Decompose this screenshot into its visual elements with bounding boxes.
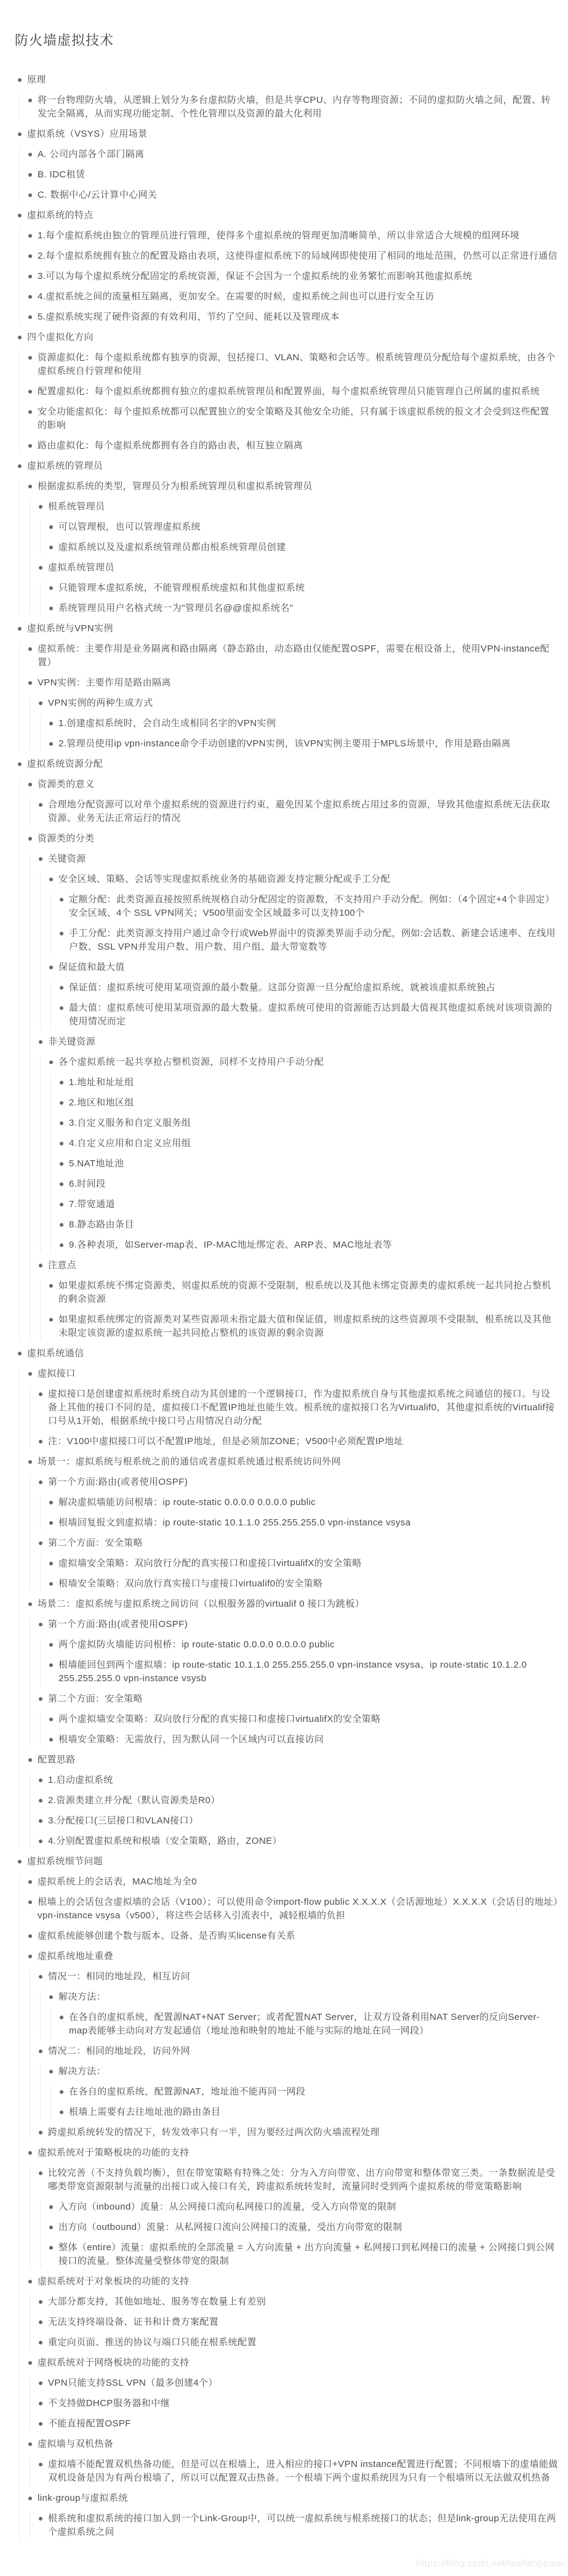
outline-item: 资源虚拟化：每个虚拟系统都有独享的资源，包括接口、VLAN、策略和会话等。根系统… <box>28 351 558 378</box>
outline-row: 解决方法： <box>49 1990 558 2004</box>
outline-item: 虚拟系统管理员只能管理本虚拟系统，不能管理根系统虚拟和其他虚拟系统系统管理员用户… <box>39 561 558 615</box>
outline-row: 8.静态路由条目 <box>60 1218 558 1232</box>
outline-row: 可以管理根，也可以管理虚拟系统 <box>49 520 558 534</box>
outline-item: 根墙上需要有去往地址池的路由条目 <box>60 2106 558 2119</box>
bullet-icon <box>49 2205 53 2209</box>
outline-text: 配置思路 <box>38 1753 558 1767</box>
outline-item: 将一台物理防火墙，从逻辑上划分为多台虚拟防火墙，但是共享CPU、内存等物理资源；… <box>28 94 558 121</box>
outline-row: VPN实例：主要作用是路由隔离 <box>28 676 558 690</box>
outline-row: 保证值和最大值 <box>49 961 558 974</box>
outline-item: 不能直接配置OSPF <box>39 2417 558 2431</box>
bullet-icon <box>28 681 32 685</box>
outline-item: 系统管理员用户名格式统一为"管理员名@@虚拟系统名" <box>49 602 558 615</box>
outline-text: 大部分都支持，其他如地址、服务等在数量上有差别 <box>48 2295 558 2309</box>
outline-row: 虚拟墙不能配置双机热备功能，但是可以在根墙上，进入相应的接口+VPN insta… <box>39 2458 558 2485</box>
bullet-icon <box>28 1460 32 1464</box>
outline-text: 3.自定义服务和自定义服务组 <box>69 1116 558 1130</box>
outline-text: link-group与虚拟系统 <box>38 2492 558 2505</box>
outline-row: 定额分配：此类资源直接按照系统规格自动分配固定的资源数，不支持用户手动分配。例如… <box>60 893 558 920</box>
outline-row: VPN实例的两种生成方式 <box>39 696 558 710</box>
outline-text: 根系统和虚拟系统的接口加入到一个Link-Group中，可以统一虚拟系统与根系统… <box>48 2512 558 2539</box>
outline-text: 6.时间段 <box>69 1177 558 1191</box>
outline-text: 注意点 <box>48 1259 558 1272</box>
outline-row: 虚拟系统与VPN实例 <box>18 622 558 636</box>
outline-row: 只能管理本虚拟系统，不能管理根系统虚拟和其他虚拟系统 <box>49 581 558 595</box>
outline-row: 不支持做DHCP服务器和中继 <box>39 2397 558 2410</box>
outline-item: 两个虚拟防火墙能访问根桥：ip route-static 0.0.0.0 0.0… <box>49 1638 558 1652</box>
outline-row: 虚拟系统细节问题 <box>18 1855 558 1868</box>
outline-item: 虚拟系统资源分配资源类的意义合理地分配资源可以对单个虚拟系统的资源进行约束，避免… <box>18 757 558 1340</box>
bullet-icon <box>28 2280 32 2283</box>
bullet-icon <box>39 2422 42 2426</box>
outline-row: 非关键资源 <box>39 1035 558 1049</box>
bullet-icon <box>49 1738 53 1742</box>
outline-row: 跨虚拟系统转发的情况下，转发效率只有一半，因为要经过两次防火墙流程处理 <box>39 2126 558 2139</box>
outline-row: 根系统和虚拟系统的接口加入到一个Link-Group中，可以统一虚拟系统与根系统… <box>39 2512 558 2539</box>
bullet-icon <box>60 898 63 902</box>
outline-text: 定额分配：此类资源直接按照系统规格自动分配固定的资源数，不支持用户手动分配。例如… <box>69 893 558 920</box>
outline-row: 保证值：虚拟系统可使用某项资源的最小数量。这部分资源一旦分配给虚拟系统，就被该虚… <box>60 981 558 995</box>
bullet-icon <box>49 1060 53 1064</box>
outline-item: 两个虚拟墙安全策略：双向放行分配的真实接口和虚接口virtualifX的安全策略 <box>49 1713 558 1726</box>
bullet-icon <box>18 336 22 339</box>
outline-row: 虚拟系统地址重叠 <box>28 1950 558 1963</box>
outline-item: 路由虚拟化：每个虚拟系统都拥有各自的路由表，相互独立隔离 <box>28 439 558 453</box>
outline-item: 在各自的虚拟系统，配置源NAT，地址池不能再同一网段 <box>60 2085 558 2099</box>
bullet-icon <box>39 2341 42 2344</box>
bullet-icon <box>60 1162 63 1166</box>
outline-item: 虚拟接口虚拟接口是创建虚拟系统时系统自动为其创建的一个逻辑接口，作为虚拟系统自身… <box>28 1367 558 1448</box>
outline-row: 出方向（outbound）流量：从私网接口流向公网接口的流量，受出方向带宽的限制 <box>49 2221 558 2234</box>
outline-children-group: 第一个方面:路由(或者使用OSPF)两个虚拟防火墙能访问根桥：ip route-… <box>30 1618 558 1746</box>
outline-row: 两个虚拟墙安全策略：双向放行分配的真实接口和虚接口virtualifX的安全策略 <box>49 1713 558 1726</box>
bullet-icon <box>39 1819 42 1823</box>
outline-text: 资源类的分类 <box>38 832 558 846</box>
outline-row: 手工分配：此类资源支持用户通过命令行或Web界面中的资源类界面手动分配，例如:会… <box>60 927 558 954</box>
outline-text: 虚拟系统对于对象板块的功能的支持 <box>38 2275 558 2288</box>
outline-children-group: 定额分配：此类资源直接按照系统规格自动分配固定的资源数，不支持用户手动分配。例如… <box>50 893 558 954</box>
outline-row: 在各自的虚拟系统，配置源NAT，地址池不能再同一网段 <box>60 2085 558 2099</box>
outline-children-group: 大部分都支持，其他如地址、服务等在数量上有差别无法支持终端设备、证书和计费方案配… <box>30 2295 558 2349</box>
outline-item: 根墙安全策略：无需放行，因为默认同一个区域内可以直接访问 <box>49 1733 558 1746</box>
outline-item: 根墙能回包到两个虚拟墙：ip route-static 10.1.1.0 255… <box>49 1658 558 1686</box>
outline-item: 不支持做DHCP服务器和中继 <box>39 2397 558 2410</box>
bullet-icon <box>18 78 22 82</box>
outline-item: 虚拟系统以及及虚拟系统管理员都由根系统管理员创建 <box>49 541 558 554</box>
outline-row: 虚拟系统管理员 <box>39 561 558 575</box>
outline-text: 两个虚拟防火墙能访问根桥：ip route-static 0.0.0.0 0.0… <box>58 1638 558 1652</box>
bullet-icon <box>28 254 32 258</box>
outline-text: C. 数据中心/云计算中心网关 <box>38 188 558 202</box>
outline-text: 重定向页面、推送的协议与端口只能在根系统配置 <box>48 2336 558 2349</box>
outline-text: 解决方法： <box>58 2065 558 2078</box>
bullet-icon <box>60 2090 63 2094</box>
outline-text: 虚拟系统的特点 <box>27 209 558 222</box>
outline-text: 根墙回复报文到虚拟墙：ip route-static 10.1.1.0 255.… <box>58 1516 558 1530</box>
bullet-icon <box>60 2016 63 2019</box>
bullet-icon <box>39 857 42 861</box>
outline-children-group: 比较完善（不支持负载均衡），但在带宽策略有特殊之处：分为入方向带宽、出方向带宽和… <box>30 2166 558 2268</box>
outline-item: 虚拟系统的特点1.每个虚拟系统由独立的管理员进行管理，使得多个虚拟系统的管理更加… <box>18 209 558 324</box>
outline-item: 虚拟系统细节问题虚拟系统上的会话表，MAC地址为全0根墙上的会话包含虚拟墙的会话… <box>18 1855 558 2539</box>
outline-text: 资源虚拟化：每个虚拟系统都有独享的资源，包括接口、VLAN、策略和会话等。根系统… <box>38 351 558 378</box>
outline-row: 2.地区和地区组 <box>60 1096 558 1110</box>
bullet-icon <box>60 1243 63 1247</box>
outline-text: 两个虚拟墙安全策略：双向放行分配的真实接口和虚接口virtualifX的安全策略 <box>58 1713 558 1726</box>
outline-row: 整体（entire）流量：虚拟系统的全部流量 = 入方向流量 + 出方向流量 +… <box>49 2241 558 2268</box>
outline-item: 虚拟系统上的会话表，MAC地址为全0 <box>28 1875 558 1889</box>
bullet-icon <box>28 485 32 488</box>
bullet-icon <box>28 2361 32 2365</box>
outline-item: 如果虚拟系统不绑定资源类，则虚拟系统的资源不受限制，根系统以及其他未绑定资源类的… <box>49 1279 558 1306</box>
outline-row: 3.自定义服务和自定义服务组 <box>60 1116 558 1130</box>
bullet-icon <box>49 1643 53 1647</box>
bullet-icon <box>39 1799 42 1803</box>
bullet-icon <box>39 803 42 807</box>
outline-item: 注意点如果虚拟系统不绑定资源类，则虚拟系统的资源不受限制，根系统以及其他未绑定资… <box>39 1259 558 1340</box>
bullet-icon <box>28 99 32 102</box>
outline-item: 第一个方面:路由(或者使用OSPF)解决虚拟墙能访问根墙：ip route-st… <box>39 1476 558 1530</box>
outline-row: 2.每个虚拟系统拥有独立的配置及路由表项，这使得虚拟系统下的局域网即使使用了相同… <box>28 249 558 263</box>
outline-text: 路由虚拟化：每个虚拟系统都拥有各自的路由表，相互独立隔离 <box>38 439 558 453</box>
outline-row: 资源虚拟化：每个虚拟系统都有独享的资源，包括接口、VLAN、策略和会话等。根系统… <box>28 351 558 378</box>
outline-row: 大部分都支持，其他如地址、服务等在数量上有差别 <box>39 2295 558 2309</box>
outline-children-group: 如果虚拟系统不绑定资源类，则虚拟系统的资源不受限制，根系统以及其他未绑定资源类的… <box>40 1279 558 1340</box>
outline-row: 配置思路 <box>28 1753 558 1767</box>
outline-row: B. IDC租赁 <box>28 168 558 182</box>
outline-item: 8.静态路由条目 <box>60 1218 558 1232</box>
outline-row: 虚拟系统：主要作用是业务隔离和路由隔离（静态路由，动态路由仅能配置OSPF，需要… <box>28 642 558 669</box>
outline-children-group: 入方向（inbound）流量：从公网接口流向私网接口的流量，受入方向带宽的限制出… <box>40 2200 558 2268</box>
outline-row: 情况一：相同的地址段，相互访问 <box>39 1970 558 1984</box>
outline-row: 虚拟系统能够创建个数与版本、设备、是否购买license有关系 <box>28 1929 558 1943</box>
bullet-icon <box>60 1203 63 1206</box>
outline-children-group: 1.启动虚拟系统2.资源类建立并分配（默认资源类是R0）3.分配接口(三层接口和… <box>30 1774 558 1848</box>
outline-text: 2.每个虚拟系统拥有独立的配置及路由表项，这使得虚拟系统下的局域网即使使用了相同… <box>38 249 558 263</box>
bullet-icon <box>49 1582 53 1586</box>
outline-row: 场景二：虚拟系统与虚拟系统之间访问（以根服务器的virtualif 0 接口为跳… <box>28 1597 558 1611</box>
outline-row: 四个虚拟化方向 <box>18 331 558 344</box>
bullet-icon <box>60 1223 63 1227</box>
outline-row: 两个虚拟防火墙能访问根桥：ip route-static 0.0.0.0 0.0… <box>49 1638 558 1652</box>
outline-item: 1.创建虚拟系统时，会自动生成相同名字的VPN实例 <box>49 717 558 730</box>
bullet-icon <box>39 1975 42 1979</box>
outline-text: 虚拟系统对于网络板块的功能的支持 <box>38 2356 558 2370</box>
outline-text: VPN实例：主要作用是路由隔离 <box>38 676 558 690</box>
outline-row: 比较完善（不支持负载均衡），但在带宽策略有特殊之处：分为入方向带宽、出方向带宽和… <box>39 2166 558 2194</box>
outline-item: 安全区域、策略、会话等实现虚拟系统业务的基础资源支持定额分配或手工分配定额分配：… <box>49 873 558 954</box>
outline-row: 各个虚拟系统一起共享抢占整机资源，同样不支持用户手动分配 <box>49 1056 558 1069</box>
outline-children-group: 保证值：虚拟系统可使用某项资源的最小数量。这部分资源一旦分配给虚拟系统，就被该虚… <box>50 981 558 1028</box>
outline-row: 场景一：虚拟系统与根系统之前的通信或者虚拟系统通过根系统访问外网 <box>28 1455 558 1469</box>
outline-item: 重定向页面、推送的协议与端口只能在根系统配置 <box>39 2336 558 2349</box>
bullet-icon <box>28 234 32 238</box>
outline-text: 将一台物理防火墙，从逻辑上划分为多台虚拟防火墙，但是共享CPU、内存等物理资源；… <box>38 94 558 121</box>
outline-item: 虚拟接口是创建虚拟系统时系统自动为其创建的一个逻辑接口，作为虚拟系统自身与其他虚… <box>39 1387 558 1428</box>
outline-text: 1.创建虚拟系统时，会自动生成相同名字的VPN实例 <box>58 717 558 730</box>
bullet-icon <box>60 1182 63 1186</box>
outline-item: 配置虚拟化：每个虚拟系统都拥有独立的虚拟系统管理员和配置界面，每个虚拟系统管理员… <box>28 385 558 398</box>
outline-text: 3.可以为每个虚拟系统分配固定的系统资源，保证不会因为一个虚拟系统的业务繁忙而影… <box>38 270 558 283</box>
outline-row: 资源类的分类 <box>28 832 558 846</box>
bullet-icon <box>39 566 42 570</box>
outline-row: 无法支持终端设备、证书和计费方案配置 <box>39 2316 558 2329</box>
outline-text: 9.各种表项，如Server-map表、IP-MAC地址绑定表、ARP表、MAC… <box>69 1238 558 1252</box>
outline-row: 最大值：虚拟系统可使用某项资源的最大数量。虚拟系统可使用的资源能否达到最大值视其… <box>60 1001 558 1028</box>
outline-item: 配置思路1.启动虚拟系统2.资源类建立并分配（默认资源类是R0）3.分配接口(三… <box>28 1753 558 1848</box>
outline-text: 保证值和最大值 <box>58 961 558 974</box>
bullet-icon <box>49 2246 53 2250</box>
outline-item: 虚拟系统（VSYS）应用场景A. 公司内部各个部门隔离B. IDC租赁C. 数据… <box>18 127 558 202</box>
outline-children-group: 情况一：相同的地址段，相互访问解决方法：在各自的虚拟系统，配置源NAT+NAT … <box>30 1970 558 2139</box>
outline-item: 3.自定义服务和自定义服务组 <box>60 1116 558 1130</box>
outline-text: 根墙安全策略：双向放行真实接口与虚接口virtualif0的安全策略 <box>58 1577 558 1591</box>
bullet-icon <box>28 1880 32 1884</box>
outline-row: 将一台物理防火墙，从逻辑上划分为多台虚拟防火墙，但是共享CPU、内存等物理资源；… <box>28 94 558 121</box>
outline-children-group: VPN实例的两种生成方式1.创建虚拟系统时，会自动生成相同名字的VPN实例2.管… <box>30 696 558 751</box>
bullet-icon <box>49 1718 53 1721</box>
bullet-icon <box>39 2131 42 2134</box>
outline-row: 1.每个虚拟系统由独立的管理员进行管理，使得多个虚拟系统的管理更加清晰简单，所以… <box>28 229 558 243</box>
outline-row: 配置虚拟化：每个虚拟系统都拥有独立的虚拟系统管理员和配置界面，每个虚拟系统管理员… <box>28 385 558 398</box>
outline-row: 系统管理员用户名格式统一为"管理员名@@虚拟系统名" <box>49 602 558 615</box>
outline-children-group: 资源类的意义合理地分配资源可以对单个虚拟系统的资源进行约束，避免因某个虚拟系统占… <box>19 778 558 1340</box>
outline-text: 在各自的虚拟系统，配置源NAT+NAT Server；或者配置NAT Serve… <box>69 2011 558 2038</box>
outline-item: 各个虚拟系统一起共享抢占整机资源，同样不支持用户手动分配1.地址和址址组2.地区… <box>49 1056 558 1252</box>
bullet-icon <box>39 2049 42 2053</box>
bullet-icon <box>39 1779 42 1782</box>
outline-row: 1.创建虚拟系统时，会自动生成相同名字的VPN实例 <box>49 717 558 730</box>
bullet-icon <box>18 627 22 631</box>
bullet-icon <box>39 1623 42 1626</box>
outline-item: 在各自的虚拟系统，配置源NAT+NAT Server；或者配置NAT Serve… <box>60 2011 558 2038</box>
outline-children-group: 1.创建虚拟系统时，会自动生成相同名字的VPN实例2.管理员使用ip vpn-i… <box>40 717 558 751</box>
outline-row: 路由虚拟化：每个虚拟系统都拥有各自的路由表，相互独立隔离 <box>28 439 558 453</box>
bullet-icon <box>28 295 32 299</box>
bullet-icon <box>39 2300 42 2304</box>
outline-text: 2.管理员使用ip vpn-instance命令手动创建的VPN实例，该VPN实… <box>58 737 558 751</box>
outline-item: 虚拟系统能够创建个数与版本、设备、是否购买license有关系 <box>28 1929 558 1943</box>
outline-text: VPN只能支持SSL VPN（最多创建4个） <box>48 2376 558 2390</box>
outline-item: 资源类的分类关键资源安全区域、策略、会话等实现虚拟系统业务的基础资源支持定额分配… <box>28 832 558 1340</box>
outline-text: 虚拟系统通信 <box>27 1347 558 1360</box>
outline-children-group: 根系统管理员可以管理根，也可以管理虚拟系统虚拟系统以及及虚拟系统管理员都由根系统… <box>30 500 558 615</box>
outline-children-group: 合理地分配资源可以对单个虚拟系统的资源进行约束，避免因某个虚拟系统占用过多的资源… <box>30 798 558 825</box>
outline-item: 手工分配：此类资源支持用户通过命令行或Web界面中的资源类界面手动分配，例如:会… <box>60 927 558 954</box>
outline-item: 1.启动虚拟系统 <box>39 1774 558 1787</box>
bullet-icon <box>60 1101 63 1105</box>
bullet-icon <box>28 2497 32 2500</box>
outline-text: 虚拟系统（VSYS）应用场景 <box>27 127 558 141</box>
bullet-icon <box>18 1352 22 1355</box>
document-page: 防火墙虚拟技术 原理将一台物理防火墙，从逻辑上划分为多台虚拟防火墙，但是共享CP… <box>0 0 568 2576</box>
outline-item: 场景一：虚拟系统与根系统之前的通信或者虚拟系统通过根系统访问外网第一个方面:路由… <box>28 1455 558 1591</box>
outline-text: 不支持做DHCP服务器和中继 <box>48 2397 558 2410</box>
outline-text: 1.每个虚拟系统由独立的管理员进行管理，使得多个虚拟系统的管理更加清晰简单，所以… <box>38 229 558 243</box>
outline-item: 根墙回复报文到虚拟墙：ip route-static 10.1.1.0 255.… <box>49 1516 558 1530</box>
outline-item: 1.地址和址址组 <box>60 1076 558 1089</box>
outline-item: 跨虚拟系统转发的情况下，转发效率只有一半，因为要经过两次防火墙流程处理 <box>39 2126 558 2139</box>
outline-item: 非关键资源各个虚拟系统一起共享抢占整机资源，同样不支持用户手动分配1.地址和址址… <box>39 1035 558 1252</box>
outline-item: 情况一：相同的地址段，相互访问解决方法：在各自的虚拟系统，配置源NAT+NAT … <box>39 1970 558 2038</box>
bullet-icon <box>39 2463 42 2466</box>
bullet-icon <box>39 1541 42 1545</box>
outline-row: 不能直接配置OSPF <box>39 2417 558 2431</box>
bullet-icon <box>49 586 53 590</box>
outline: 原理将一台物理防火墙，从逻辑上划分为多台虚拟防火墙，但是共享CPU、内存等物理资… <box>18 73 558 2539</box>
outline-row: 注意点 <box>39 1259 558 1272</box>
outline-row: 1.地址和址址组 <box>60 1076 558 1089</box>
bullet-icon <box>39 1392 42 1396</box>
outline-text: 虚拟系统管理员 <box>48 561 558 575</box>
outline-text: 虚拟接口是创建虚拟系统时系统自动为其创建的一个逻辑接口，作为虚拟系统自身与其他虚… <box>48 1387 558 1428</box>
outline-children-group: 在各自的虚拟系统，配置源NAT，地址池不能再同一网段根墙上需要有去往地址池的路由… <box>50 2085 558 2119</box>
outline-text: 根墙能回包到两个虚拟墙：ip route-static 10.1.1.0 255… <box>58 1658 558 1686</box>
outline-text: 虚拟系统以及及虚拟系统管理员都由根系统管理员创建 <box>58 541 558 554</box>
outline-row: 1.启动虚拟系统 <box>39 1774 558 1787</box>
outline-row: 3.可以为每个虚拟系统分配固定的系统资源，保证不会因为一个虚拟系统的业务繁忙而影… <box>28 270 558 283</box>
outline-item: 4.虚拟系统之间的流量相互隔离，更加安全。在需要的时候，虚拟系统之间也可以进行安… <box>28 290 558 304</box>
outline-item: 解决方法：在各自的虚拟系统，配置源NAT，地址池不能再同一网段根墙上需要有去往地… <box>49 2065 558 2119</box>
outline-item: 1.每个虚拟系统由独立的管理员进行管理，使得多个虚拟系统的管理更加清晰简单，所以… <box>28 229 558 243</box>
outline-text: 根系统管理员 <box>48 500 558 514</box>
bullet-icon <box>49 722 53 725</box>
bullet-icon <box>18 214 22 217</box>
bullet-icon <box>39 2320 42 2324</box>
bullet-icon <box>28 275 32 278</box>
outline-text: 手工分配：此类资源支持用户通过命令行或Web界面中的资源类界面手动分配，例如:会… <box>69 927 558 954</box>
outline-item: 可以管理根，也可以管理虚拟系统 <box>49 520 558 534</box>
outline-item: 虚拟墙安全策略：双向放行分配的真实接口和虚接口virtualifX的安全策略 <box>49 1557 558 1570</box>
page-title: 防火墙虚拟技术 <box>15 32 558 50</box>
outline-row: 入方向（inbound）流量：从公网接口流向私网接口的流量，受入方向带宽的限制 <box>49 2200 558 2214</box>
outline-text: 比较完善（不支持负载均衡），但在带宽策略有特殊之处：分为入方向带宽、出方向带宽和… <box>48 2166 558 2194</box>
outline-children-group: 资源虚拟化：每个虚拟系统都有独享的资源，包括接口、VLAN、策略和会话等。根系统… <box>19 351 558 453</box>
outline-text: 情况二：相同的地址段，访问外网 <box>48 2045 558 2058</box>
outline-text: 根墙上的会话包含虚拟墙的会话（V100）；可以使用命令import-flow p… <box>38 1896 558 1923</box>
outline-row: 虚拟系统资源分配 <box>18 757 558 771</box>
outline-children-group: 虚拟墙不能配置双机热备功能，但是可以在根墙上，进入相应的接口+VPN insta… <box>30 2458 558 2485</box>
outline-children-group: 解决方法：在各自的虚拟系统，配置源NAT+NAT Server；或者配置NAT … <box>40 1990 558 2038</box>
outline-item: 6.时间段 <box>60 1177 558 1191</box>
outline-children-group: 解决虚拟墙能访问根墙：ip route-static 0.0.0.0 0.0.0… <box>40 1496 558 1530</box>
bullet-icon <box>60 1081 63 1084</box>
outline-row: 资源类的意义 <box>28 778 558 791</box>
outline-row: 关键资源 <box>39 852 558 866</box>
outline-children-group: VPN只能支持SSL VPN（最多创建4个）不支持做DHCP服务器和中继不能直接… <box>30 2376 558 2431</box>
outline-text: 虚拟接口 <box>38 1367 558 1381</box>
outline-text: 1.启动虚拟系统 <box>48 1774 558 1787</box>
bullet-icon <box>39 1040 42 1044</box>
outline-row: 安全区域、策略、会话等实现虚拟系统业务的基础资源支持定额分配或手工分配 <box>49 873 558 886</box>
outline-children-group: 安全区域、策略、会话等实现虚拟系统业务的基础资源支持定额分配或手工分配定额分配：… <box>40 873 558 1028</box>
outline-row: 原理 <box>18 73 558 87</box>
outline-row: 虚拟系统对于策略板块的功能的支持 <box>28 2146 558 2160</box>
outline-text: 场景二：虚拟系统与虚拟系统之间访问（以根服务器的virtualif 0 接口为跳… <box>38 1597 558 1611</box>
bullet-icon <box>39 1697 42 1701</box>
outline-item: C. 数据中心/云计算中心网关 <box>28 188 558 202</box>
outline-text: 3.分配接口(三层接口和VLAN接口） <box>48 1814 558 1828</box>
outline-children-group: 根据虚拟系统的类型，管理员分为根系统管理员和虚拟系统管理员根系统管理员可以管理根… <box>19 480 558 615</box>
bullet-icon <box>60 1006 63 1010</box>
bullet-icon <box>39 1480 42 1484</box>
bullet-icon <box>60 932 63 935</box>
bullet-icon <box>28 783 32 786</box>
outline-row: 在各自的虚拟系统，配置源NAT+NAT Server；或者配置NAT Serve… <box>60 2011 558 2038</box>
bullet-icon <box>49 546 53 549</box>
bullet-icon <box>49 1995 53 1999</box>
outline-row: 第一个方面:路由(或者使用OSPF) <box>39 1476 558 1489</box>
outline-item: 2.管理员使用ip vpn-instance命令手动创建的VPN实例，该VPN实… <box>49 737 558 751</box>
outline-item: link-group与虚拟系统根系统和虚拟系统的接口加入到一个Link-Grou… <box>28 2492 558 2539</box>
outline-row: 第二个方面：安全策略 <box>39 1536 558 1550</box>
outline-row: 注：V100中虚拟接口可以不配置IP地址，但是必须加ZONE；V500中必须配置… <box>39 1435 558 1448</box>
outline-row: 根墙上需要有去往地址池的路由条目 <box>60 2106 558 2119</box>
outline-row: 如果虚拟系统不绑定资源类，则虚拟系统的资源不受限制，根系统以及其他未绑定资源类的… <box>49 1279 558 1306</box>
outline-text: 跨虚拟系统转发的情况下，转发效率只有一半，因为要经过两次防火墙流程处理 <box>48 2126 558 2139</box>
outline-row: 虚拟系统上的会话表，MAC地址为全0 <box>28 1875 558 1889</box>
outline-text: 系统管理员用户名格式统一为"管理员名@@虚拟系统名" <box>58 602 558 615</box>
outline-text: 安全功能虚拟化：每个虚拟系统都可以配置独立的安全策略及其他安全功能，只有属于该虚… <box>38 405 558 432</box>
bullet-icon <box>49 2070 53 2073</box>
outline-row: 根墙安全策略：双向放行真实接口与虚接口virtualif0的安全策略 <box>49 1577 558 1591</box>
outline-item: 虚拟系统地址重叠情况一：相同的地址段，相互访问解决方法：在各自的虚拟系统，配置源… <box>28 1950 558 2139</box>
bullet-icon <box>39 2402 42 2405</box>
outline-text: 注：V100中虚拟接口可以不配置IP地址，但是必须加ZONE；V500中必须配置… <box>48 1435 558 1448</box>
outline-item: 原理将一台物理防火墙，从逻辑上划分为多台虚拟防火墙，但是共享CPU、内存等物理资… <box>18 73 558 121</box>
bullet-icon <box>28 356 32 360</box>
outline-item: 如果虚拟系统绑定的资源类对某些资源项未指定最大值和保证值，则虚拟系统的这些资源项… <box>49 1313 558 1340</box>
outline-children-group: 可以管理根，也可以管理虚拟系统虚拟系统以及及虚拟系统管理员都由根系统管理员创建 <box>40 520 558 554</box>
outline-item: 2.每个虚拟系统拥有独立的配置及路由表项，这使得虚拟系统下的局域网即使使用了相同… <box>28 249 558 263</box>
outline-text: 场景一：虚拟系统与根系统之前的通信或者虚拟系统通过根系统访问外网 <box>38 1455 558 1469</box>
outline-text: 不能直接配置OSPF <box>48 2417 558 2431</box>
outline-text: 1.地址和址址组 <box>69 1076 558 1089</box>
outline-row: 安全功能虚拟化：每个虚拟系统都可以配置独立的安全策略及其他安全功能，只有属于该虚… <box>28 405 558 432</box>
outline-item: VPN只能支持SSL VPN（最多创建4个） <box>39 2376 558 2390</box>
outline-row: 解决方法： <box>49 2065 558 2078</box>
outline-text: 入方向（inbound）流量：从公网接口流向私网接口的流量，受入方向带宽的限制 <box>58 2200 558 2214</box>
outline-item: 虚拟墙与双机热备虚拟墙不能配置双机热备功能，但是可以在根墙上，进入相应的接口+V… <box>28 2437 558 2485</box>
outline-item: 最大值：虚拟系统可使用某项资源的最大数量。虚拟系统可使用的资源能否达到最大值视其… <box>60 1001 558 1028</box>
outline-item: 只能管理本虚拟系统，不能管理根系统虚拟和其他虚拟系统 <box>49 581 558 595</box>
outline-children-group: 将一台物理防火墙，从逻辑上划分为多台虚拟防火墙，但是共享CPU、内存等物理资源；… <box>19 94 558 121</box>
bullet-icon <box>49 878 53 881</box>
outline-row: 重定向页面、推送的协议与端口只能在根系统配置 <box>39 2336 558 2349</box>
outline-children-group: 虚拟接口是创建虚拟系统时系统自动为其创建的一个逻辑接口，作为虚拟系统自身与其他虚… <box>30 1387 558 1448</box>
outline-text: 虚拟墙安全策略：双向放行分配的真实接口和虚接口virtualifX的安全策略 <box>58 1557 558 1570</box>
bullet-icon <box>49 2226 53 2229</box>
outline-text: 安全区域、策略、会话等实现虚拟系统业务的基础资源支持定额分配或手工分配 <box>58 873 558 886</box>
outline-text: 5.虚拟系统实现了硬件资源的有效利用，节约了空间、能耗以及管理成本 <box>38 310 558 324</box>
outline-children-group: 两个虚拟防火墙能访问根桥：ip route-static 0.0.0.0 0.0… <box>40 1638 558 1686</box>
outline-text: 只能管理本虚拟系统，不能管理根系统虚拟和其他虚拟系统 <box>58 581 558 595</box>
bullet-icon <box>60 1142 63 1145</box>
outline-row: 5.NAT地址池 <box>60 1157 558 1171</box>
bullet-icon <box>28 1758 32 1762</box>
outline-children-group: 1.地址和址址组2.地区和地区组3.自定义服务和自定义服务组4.自定义应用和自定… <box>50 1076 558 1252</box>
bullet-icon <box>49 607 53 610</box>
outline-text: 虚拟墙与双机热备 <box>38 2437 558 2451</box>
outline-text: 虚拟系统与VPN实例 <box>27 622 558 636</box>
outline-row: 虚拟墙与双机热备 <box>28 2437 558 2451</box>
outline-item: 虚拟系统与VPN实例虚拟系统：主要作用是业务隔离和路由隔离（静态路由，动态路由仅… <box>18 622 558 751</box>
outline-item: 虚拟系统通信虚拟接口虚拟接口是创建虚拟系统时系统自动为其创建的一个逻辑接口，作为… <box>18 1347 558 1848</box>
outline-text: 4.自定义应用和自定义应用组 <box>69 1137 558 1150</box>
outline-text: 无法支持终端设备、证书和计费方案配置 <box>48 2316 558 2329</box>
bullet-icon <box>49 1562 53 1565</box>
outline-text: 非关键资源 <box>48 1035 558 1049</box>
